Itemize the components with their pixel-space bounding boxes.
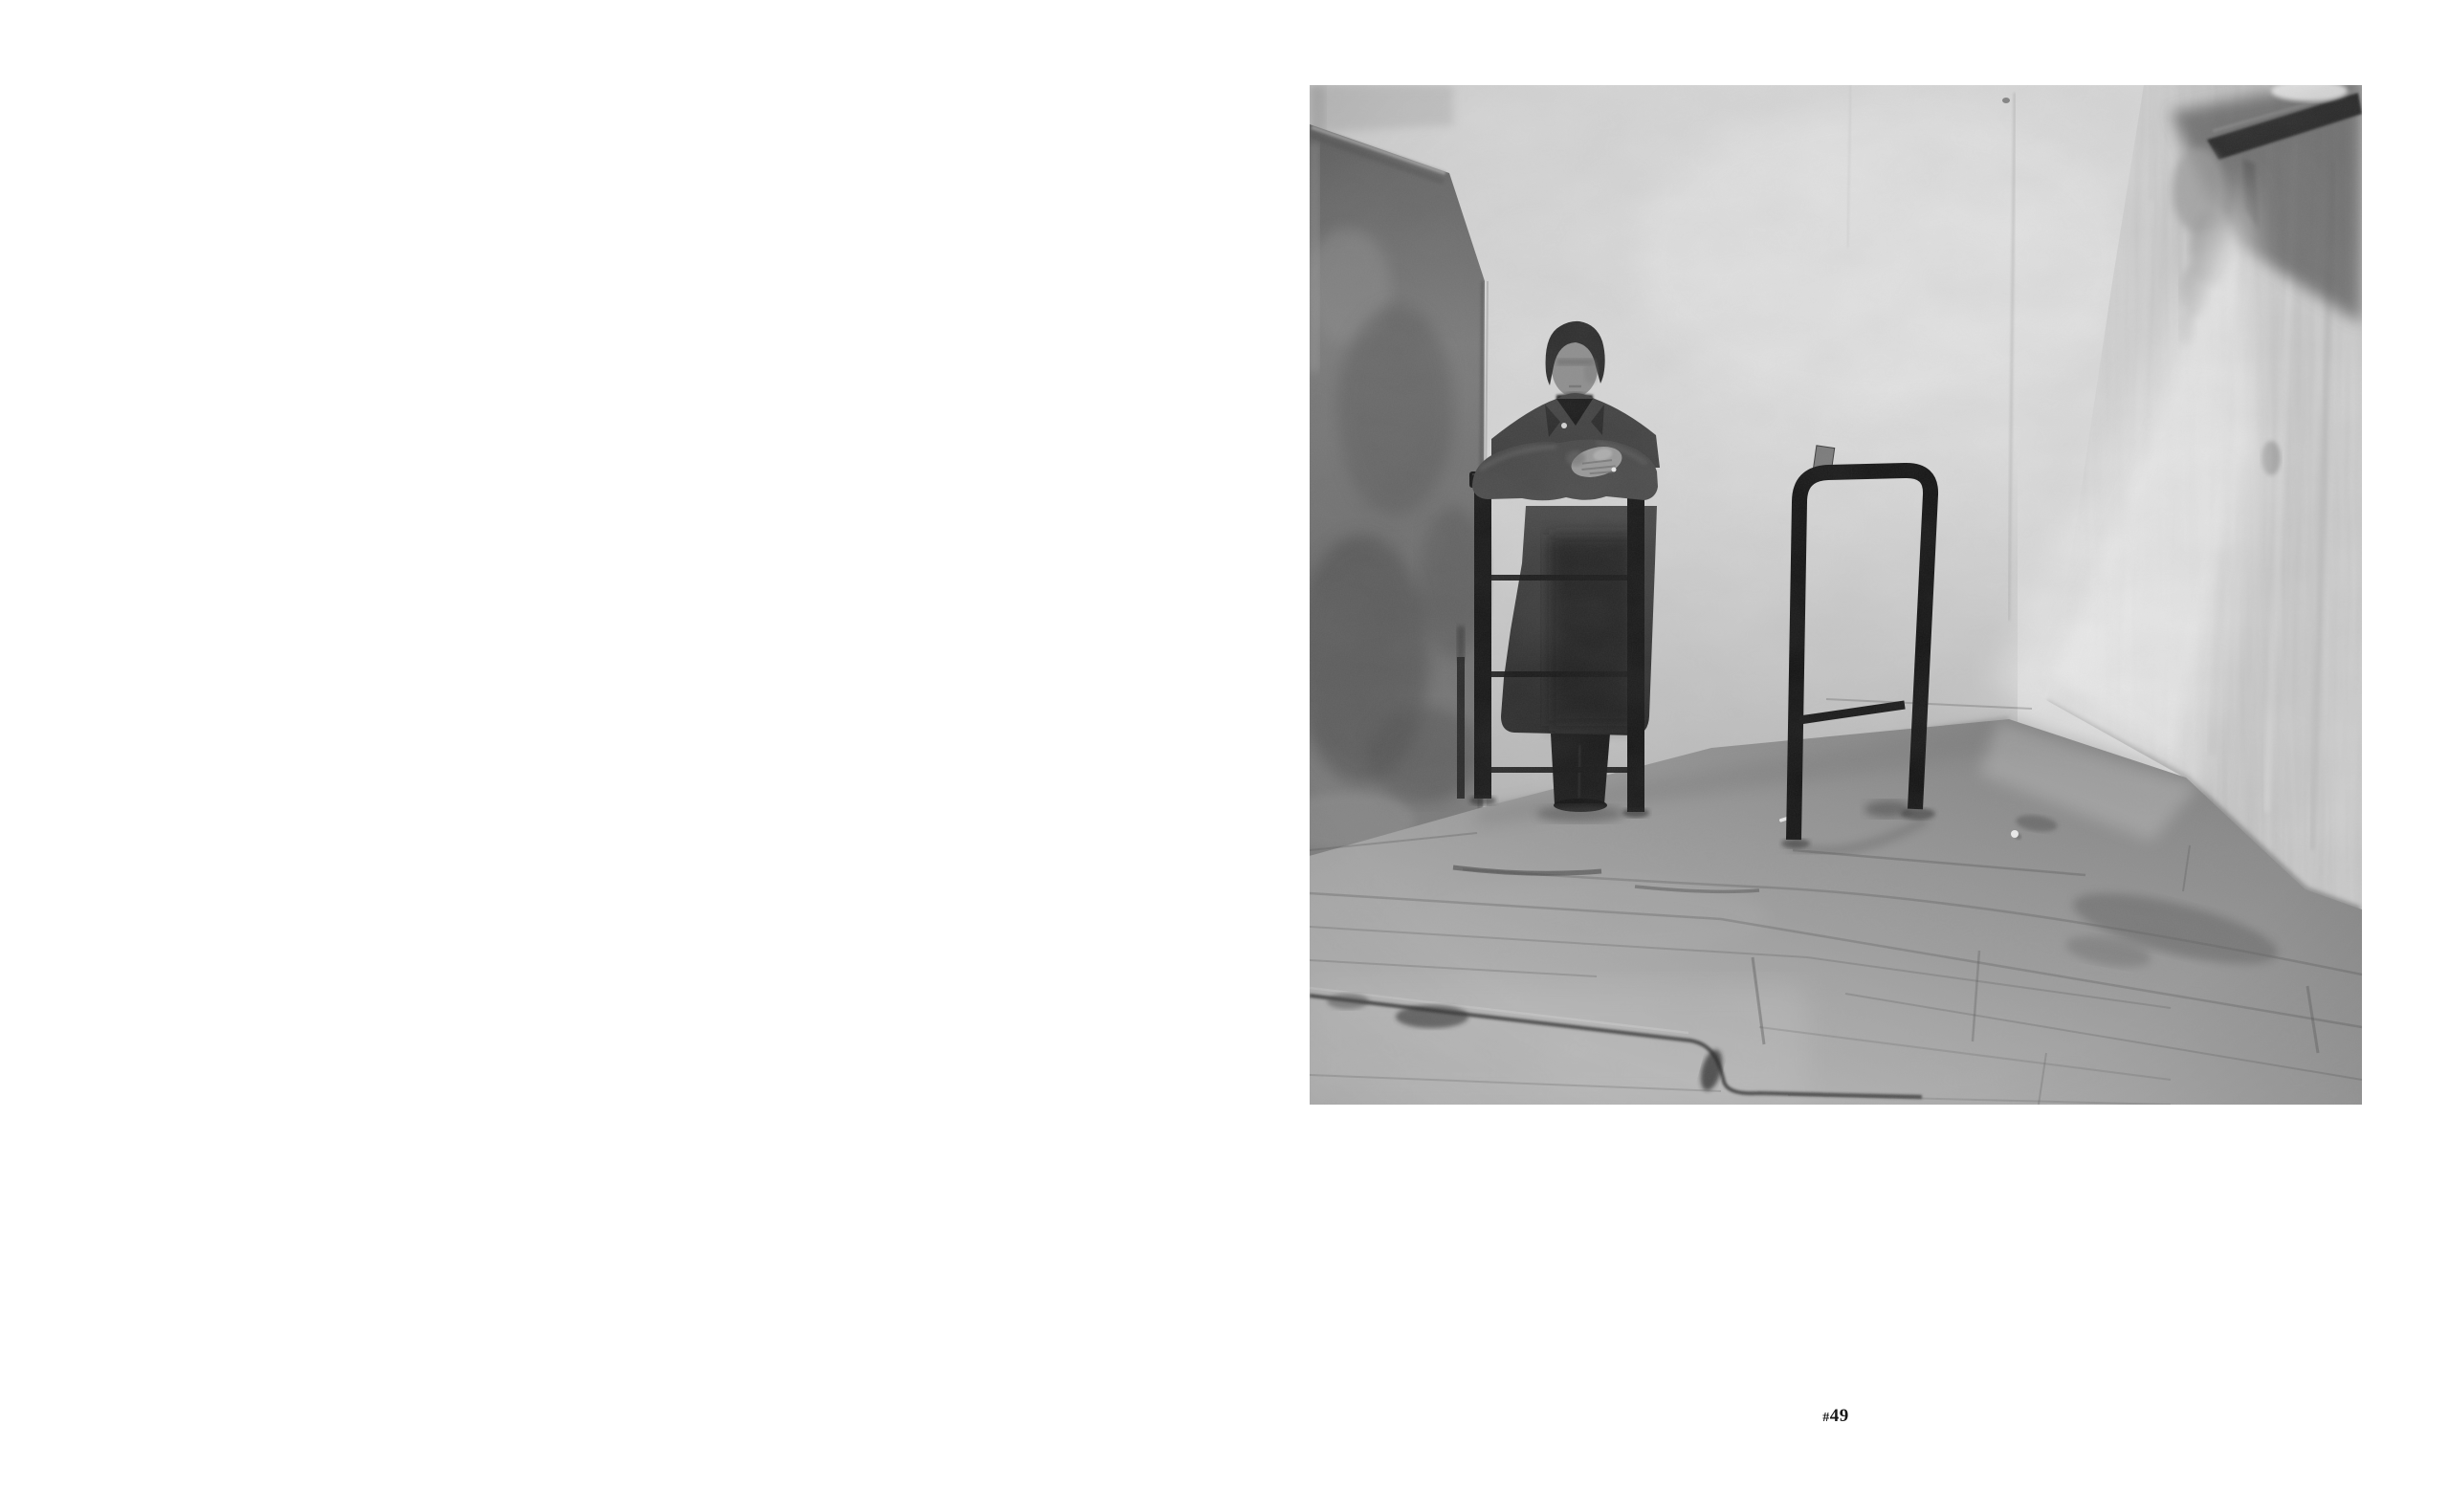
- plate-number-caption: #49: [1310, 1407, 2362, 1425]
- photograph: [1310, 85, 2362, 1105]
- caption-number: 49: [1830, 1406, 1849, 1426]
- caption-hash: #: [1822, 1411, 1830, 1425]
- film-texture: [1310, 85, 2362, 1105]
- photo-plate: [1310, 85, 2362, 1105]
- book-page: #49: [0, 0, 2449, 1512]
